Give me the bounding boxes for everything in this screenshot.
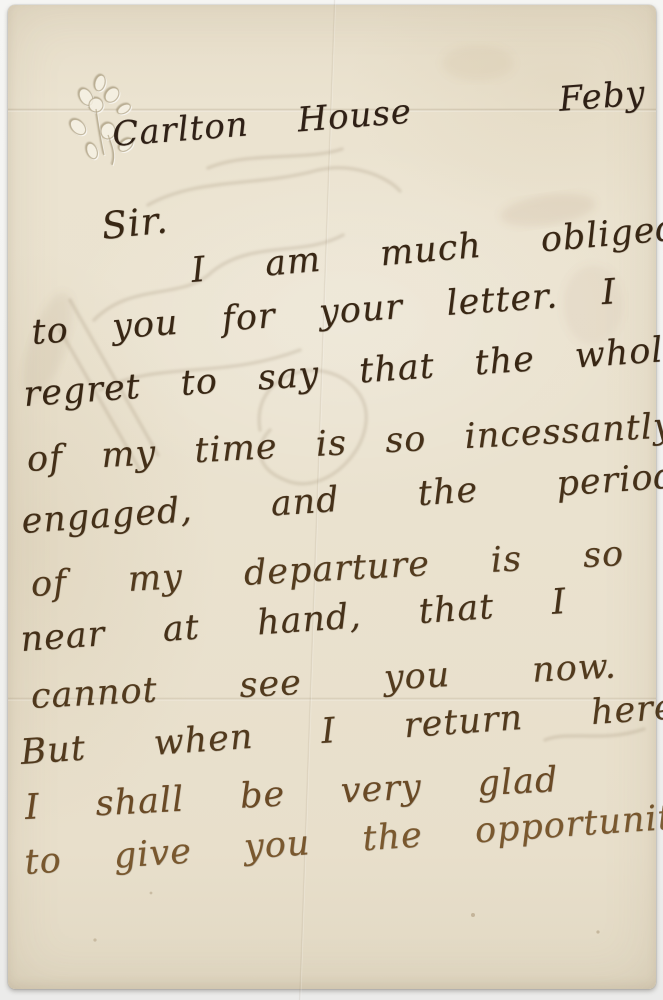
salutation-line: Sir. <box>100 198 171 248</box>
letter-paper: Carlton House Feby 21st Sir. I am much o… <box>8 5 656 989</box>
heading-line: Carlton House Feby 21st <box>111 63 663 155</box>
scanned-letter: Carlton House Feby 21st Sir. I am much o… <box>0 0 663 1000</box>
